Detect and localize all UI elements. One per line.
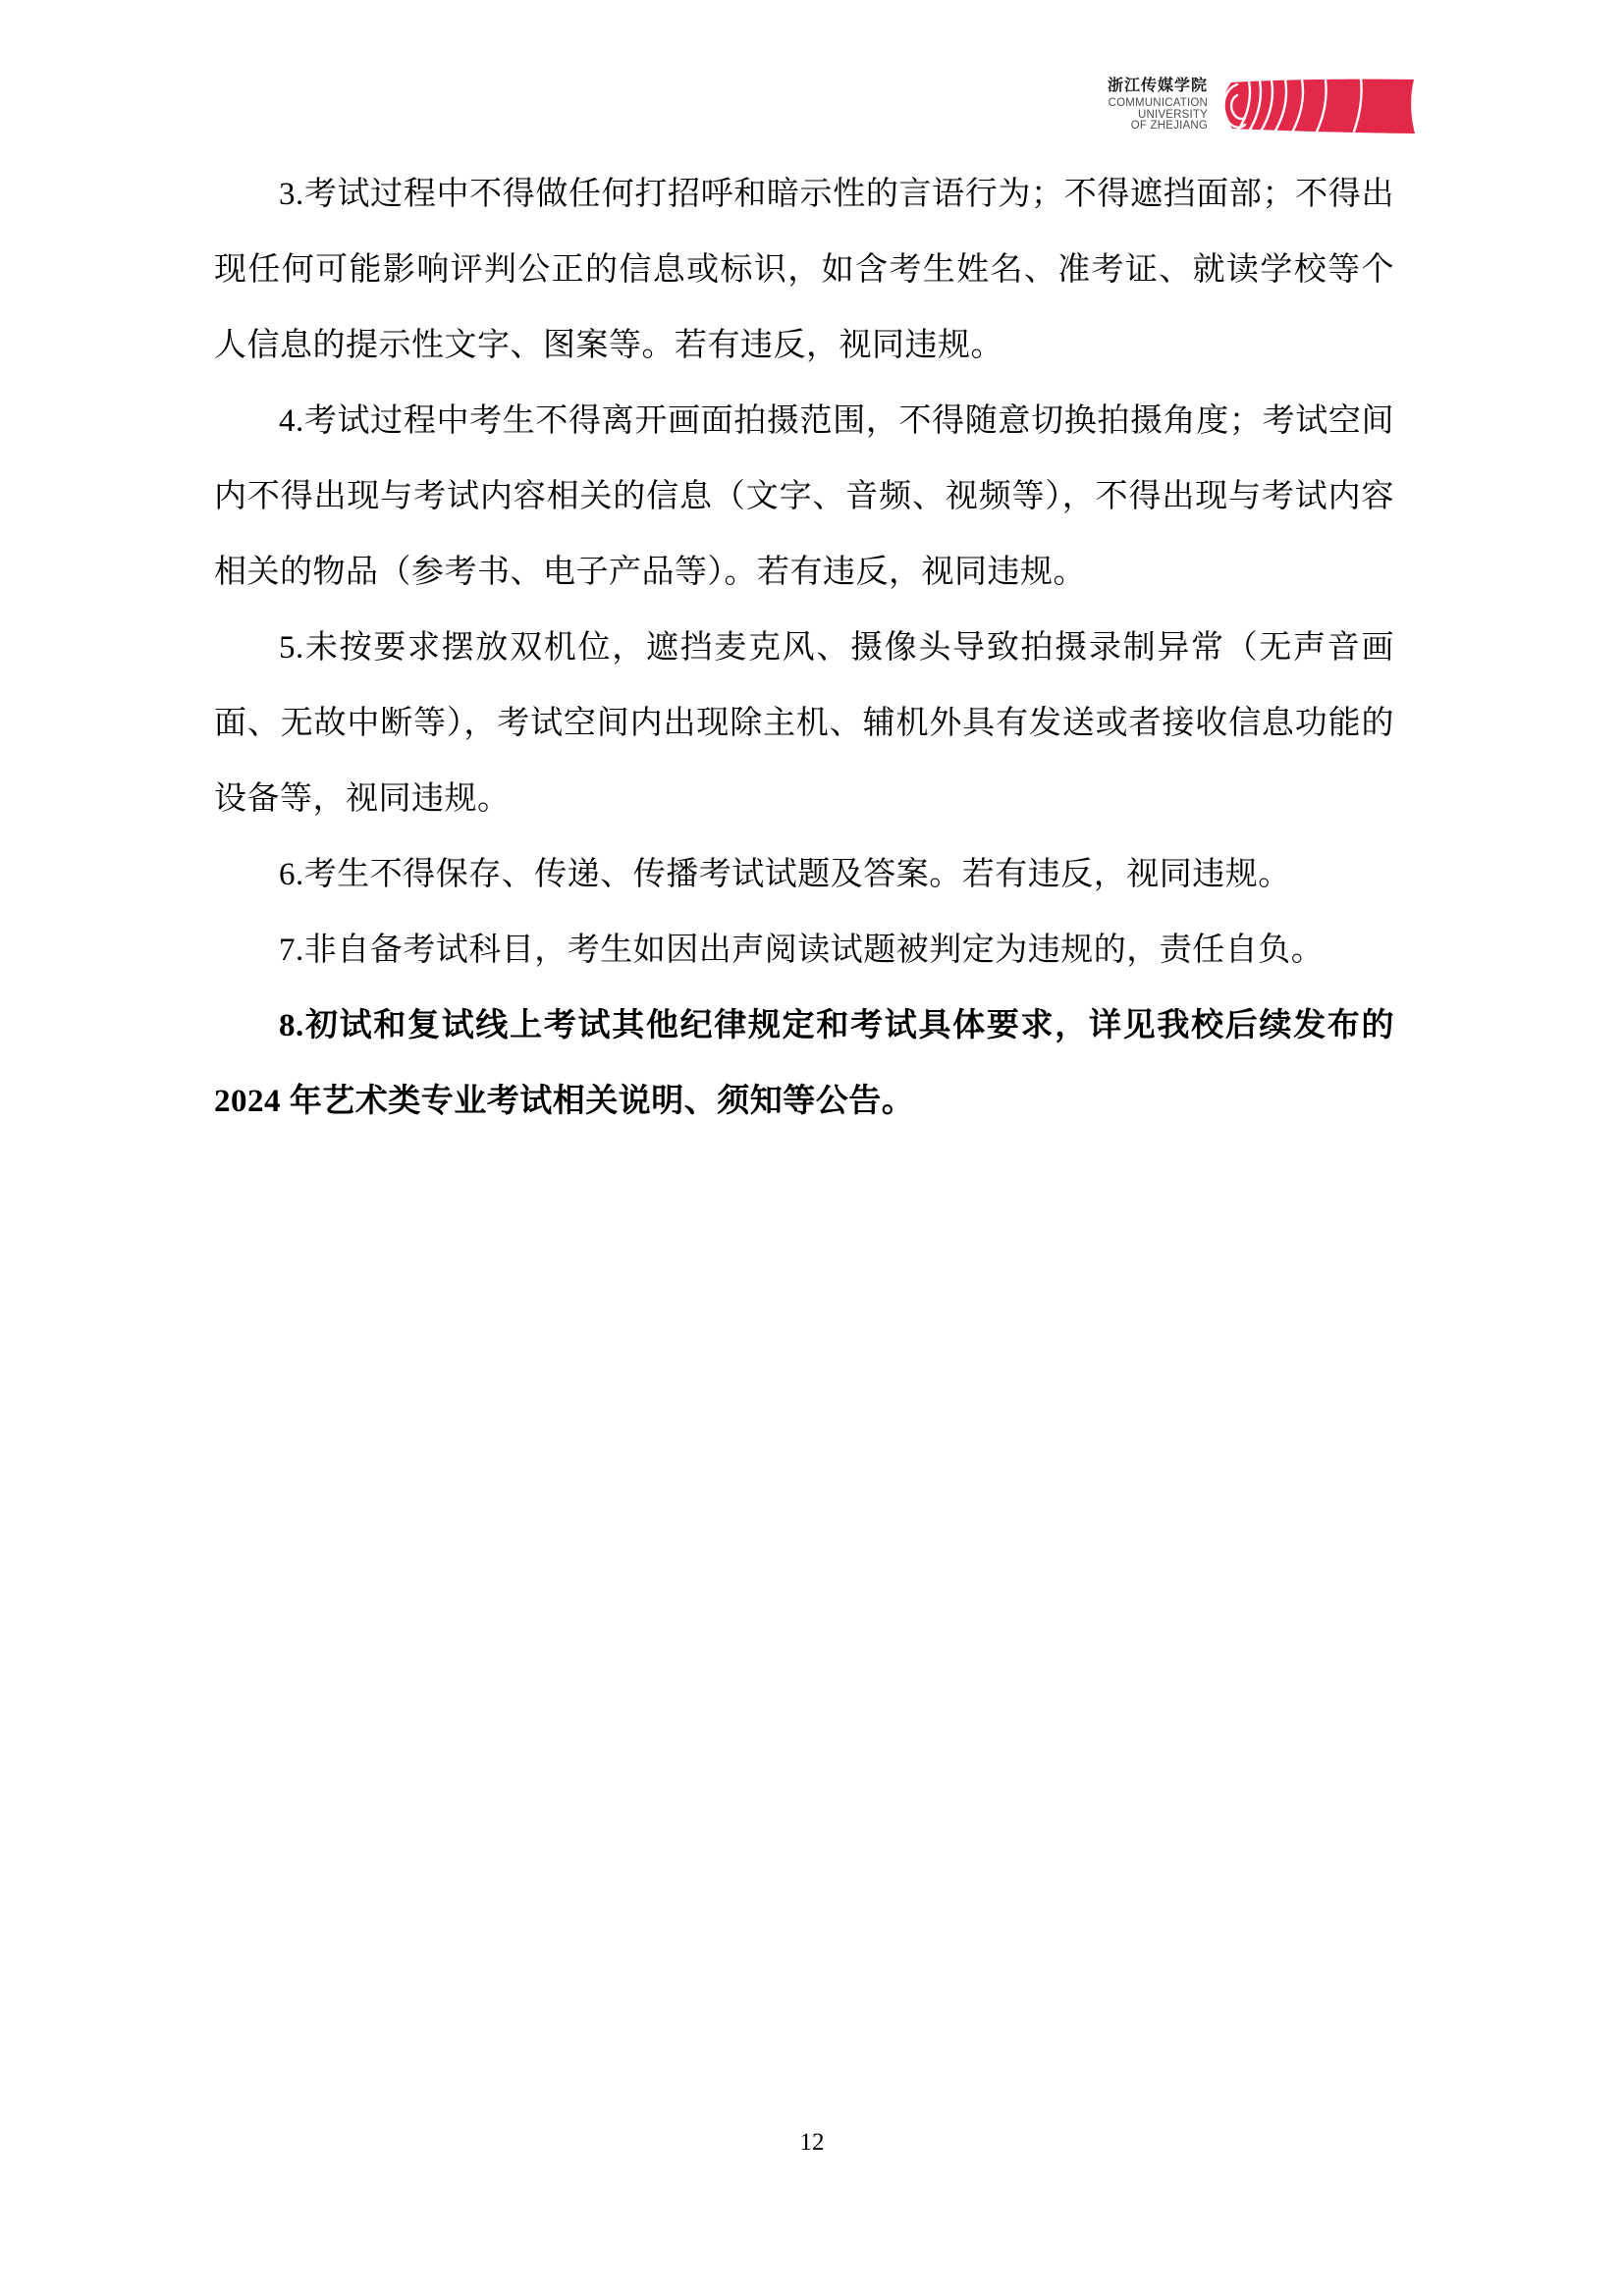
- paragraph-rule-6: 6.考生不得保存、传递、传播考试试题及答案。若有违反，视同违规。: [214, 837, 1394, 913]
- logo-en-line: COMMUNICATION: [1011, 98, 1208, 110]
- paragraph-rule-7: 7.非自备考试科目，考生如因出声阅读试题被判定为违规的，责任自负。: [214, 913, 1394, 988]
- paragraph-rule-4: 4.考试过程中考生不得离开画面拍摄范围，不得随意切换拍摄角度；考试空间内不得出现…: [214, 384, 1394, 611]
- page-number: 12: [0, 2129, 1624, 2157]
- logo-en-line: OF ZHEJIANG: [1011, 121, 1208, 133]
- university-logo: 浙江传媒学院 COMMUNICATION UNIVERSITY OF ZHEJI…: [1011, 79, 1208, 133]
- paragraph-rule-5: 5.未按要求摆放双机位，遮挡麦克风、摄像头导致拍摄录制异常（无声音画面、无故中断…: [214, 611, 1394, 837]
- document-page: 浙江传媒学院 COMMUNICATION UNIVERSITY OF ZHEJI…: [0, 0, 1624, 2296]
- paragraph-rule-8: 8.初试和复试线上考试其他纪律规定和考试具体要求，详见我校后续发布的 2024 …: [214, 988, 1394, 1140]
- university-logo-en-name: COMMUNICATION UNIVERSITY OF ZHEJIANG: [1011, 98, 1208, 133]
- university-logo-cn-name: 浙江传媒学院: [1011, 79, 1208, 94]
- paragraph-rule-3: 3.考试过程中不得做任何打招呼和暗示性的言语行为；不得遮挡面部；不得出现任何可能…: [214, 157, 1394, 384]
- document-body: 3.考试过程中不得做任何打招呼和暗示性的言语行为；不得遮挡面部；不得出现任何可能…: [214, 157, 1394, 1140]
- university-logo-mark-icon: [1216, 78, 1417, 134]
